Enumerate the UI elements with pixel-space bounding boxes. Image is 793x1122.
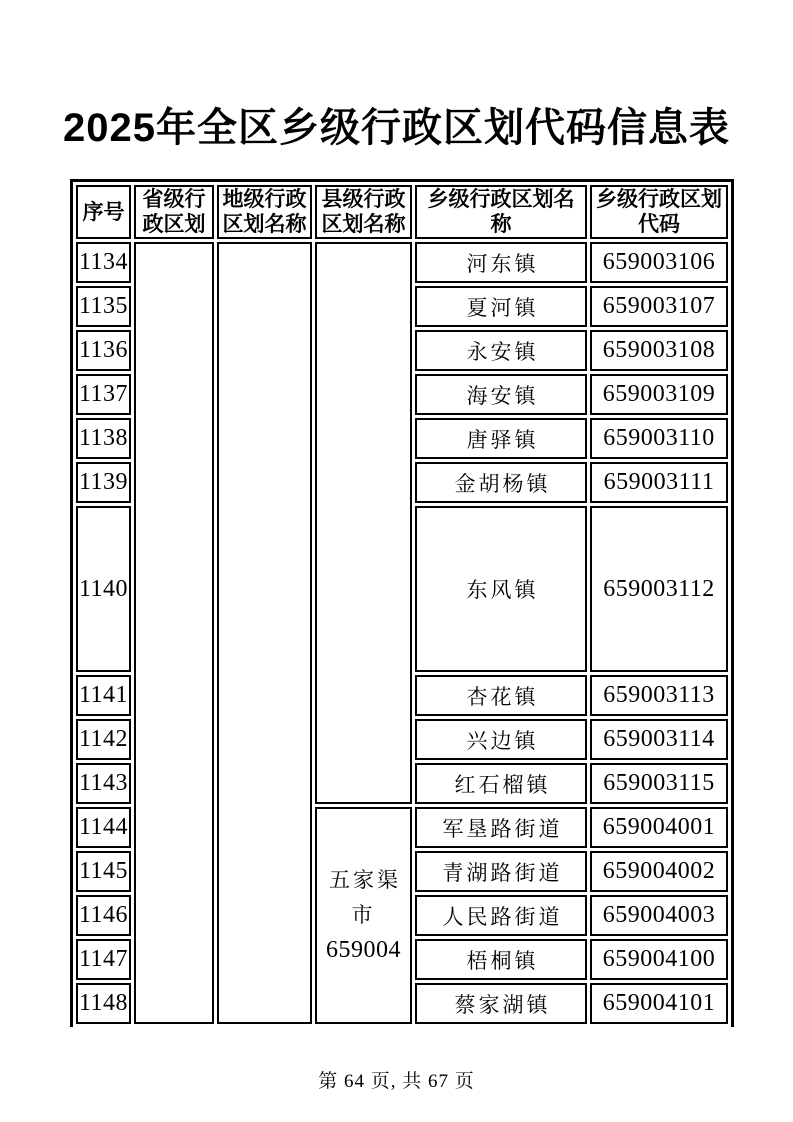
- code-cell: 659003108: [590, 330, 728, 371]
- code-cell: 659003112: [590, 506, 728, 672]
- township-cell: 杏花镇: [415, 675, 587, 716]
- township-cell: 夏河镇: [415, 286, 587, 327]
- code-cell: 659004101: [590, 983, 728, 1024]
- code-cell: 659003111: [590, 462, 728, 503]
- header-prefecture: 地级行政 区划名称: [217, 185, 312, 239]
- seq-cell: 1139: [76, 462, 131, 503]
- code-cell: 659003110: [590, 418, 728, 459]
- code-cell: 659003107: [590, 286, 728, 327]
- seq-cell: 1140: [76, 506, 131, 672]
- township-cell: 唐驿镇: [415, 418, 587, 459]
- seq-cell: 1134: [76, 242, 131, 283]
- table-header: 序号 省级行 政区划 地级行政 区划名称 县级行政 区划名称 乡级行政区划名 称: [76, 185, 728, 239]
- header-seq-line: 序号: [78, 200, 129, 225]
- table-body: 1134 河东镇 659003106 1135 夏河镇 659003107 11…: [76, 242, 728, 1024]
- township-cell: 兴边镇: [415, 719, 587, 760]
- seq-cell: 1145: [76, 851, 131, 892]
- document-page: 2025年全区乡级行政区划代码信息表 序号 省级行 政区划 地级行政 区划名称 …: [0, 0, 793, 1122]
- county-name: 五家渠市: [317, 863, 410, 933]
- seq-cell: 1143: [76, 763, 131, 804]
- township-cell: 梧桐镇: [415, 939, 587, 980]
- seq-cell: 1148: [76, 983, 131, 1024]
- township-cell: 金胡杨镇: [415, 462, 587, 503]
- seq-cell: 1136: [76, 330, 131, 371]
- township-cell: 红石榴镇: [415, 763, 587, 804]
- prefecture-cell: [217, 242, 312, 1024]
- township-cell: 人民路街道: [415, 895, 587, 936]
- township-cell: 东风镇: [415, 506, 587, 672]
- county-code: 659004: [317, 933, 410, 968]
- code-cell: 659003106: [590, 242, 728, 283]
- township-cell: 海安镇: [415, 374, 587, 415]
- province-cell: [134, 242, 214, 1024]
- header-province: 省级行 政区划: [134, 185, 214, 239]
- code-cell: 659003109: [590, 374, 728, 415]
- seq-cell: 1141: [76, 675, 131, 716]
- township-cell: 蔡家湖镇: [415, 983, 587, 1024]
- seq-cell: 1144: [76, 807, 131, 848]
- code-cell: 659003114: [590, 719, 728, 760]
- header-county: 县级行政 区划名称: [315, 185, 412, 239]
- county-cell-wujiaqu: 五家渠市 659004: [315, 807, 412, 1024]
- seq-cell: 1138: [76, 418, 131, 459]
- page-number-footer: 第 64 页, 共 67 页: [0, 1066, 793, 1093]
- township-cell: 河东镇: [415, 242, 587, 283]
- code-cell: 659004001: [590, 807, 728, 848]
- code-cell: 659003113: [590, 675, 728, 716]
- seq-cell: 1146: [76, 895, 131, 936]
- seq-cell: 1135: [76, 286, 131, 327]
- county-cell-empty: [315, 242, 412, 804]
- township-cell: 永安镇: [415, 330, 587, 371]
- header-township-code: 乡级行政区划 代码: [590, 185, 728, 239]
- township-cell: 军垦路街道: [415, 807, 587, 848]
- header-row: 序号 省级行 政区划 地级行政 区划名称 县级行政 区划名称 乡级行政区划名 称: [76, 185, 728, 239]
- page-title: 2025年全区乡级行政区划代码信息表: [0, 0, 793, 152]
- table-row: 1134 河东镇 659003106: [76, 242, 728, 283]
- seq-cell: 1142: [76, 719, 131, 760]
- header-seq: 序号: [76, 185, 131, 239]
- code-cell: 659004002: [590, 851, 728, 892]
- township-cell: 青湖路街道: [415, 851, 587, 892]
- division-code-table: 序号 省级行 政区划 地级行政 区划名称 县级行政 区划名称 乡级行政区划名 称: [70, 179, 734, 1027]
- seq-cell: 1137: [76, 374, 131, 415]
- seq-cell: 1147: [76, 939, 131, 980]
- code-cell: 659004100: [590, 939, 728, 980]
- code-cell: 659003115: [590, 763, 728, 804]
- header-township-name: 乡级行政区划名 称: [415, 185, 587, 239]
- code-cell: 659004003: [590, 895, 728, 936]
